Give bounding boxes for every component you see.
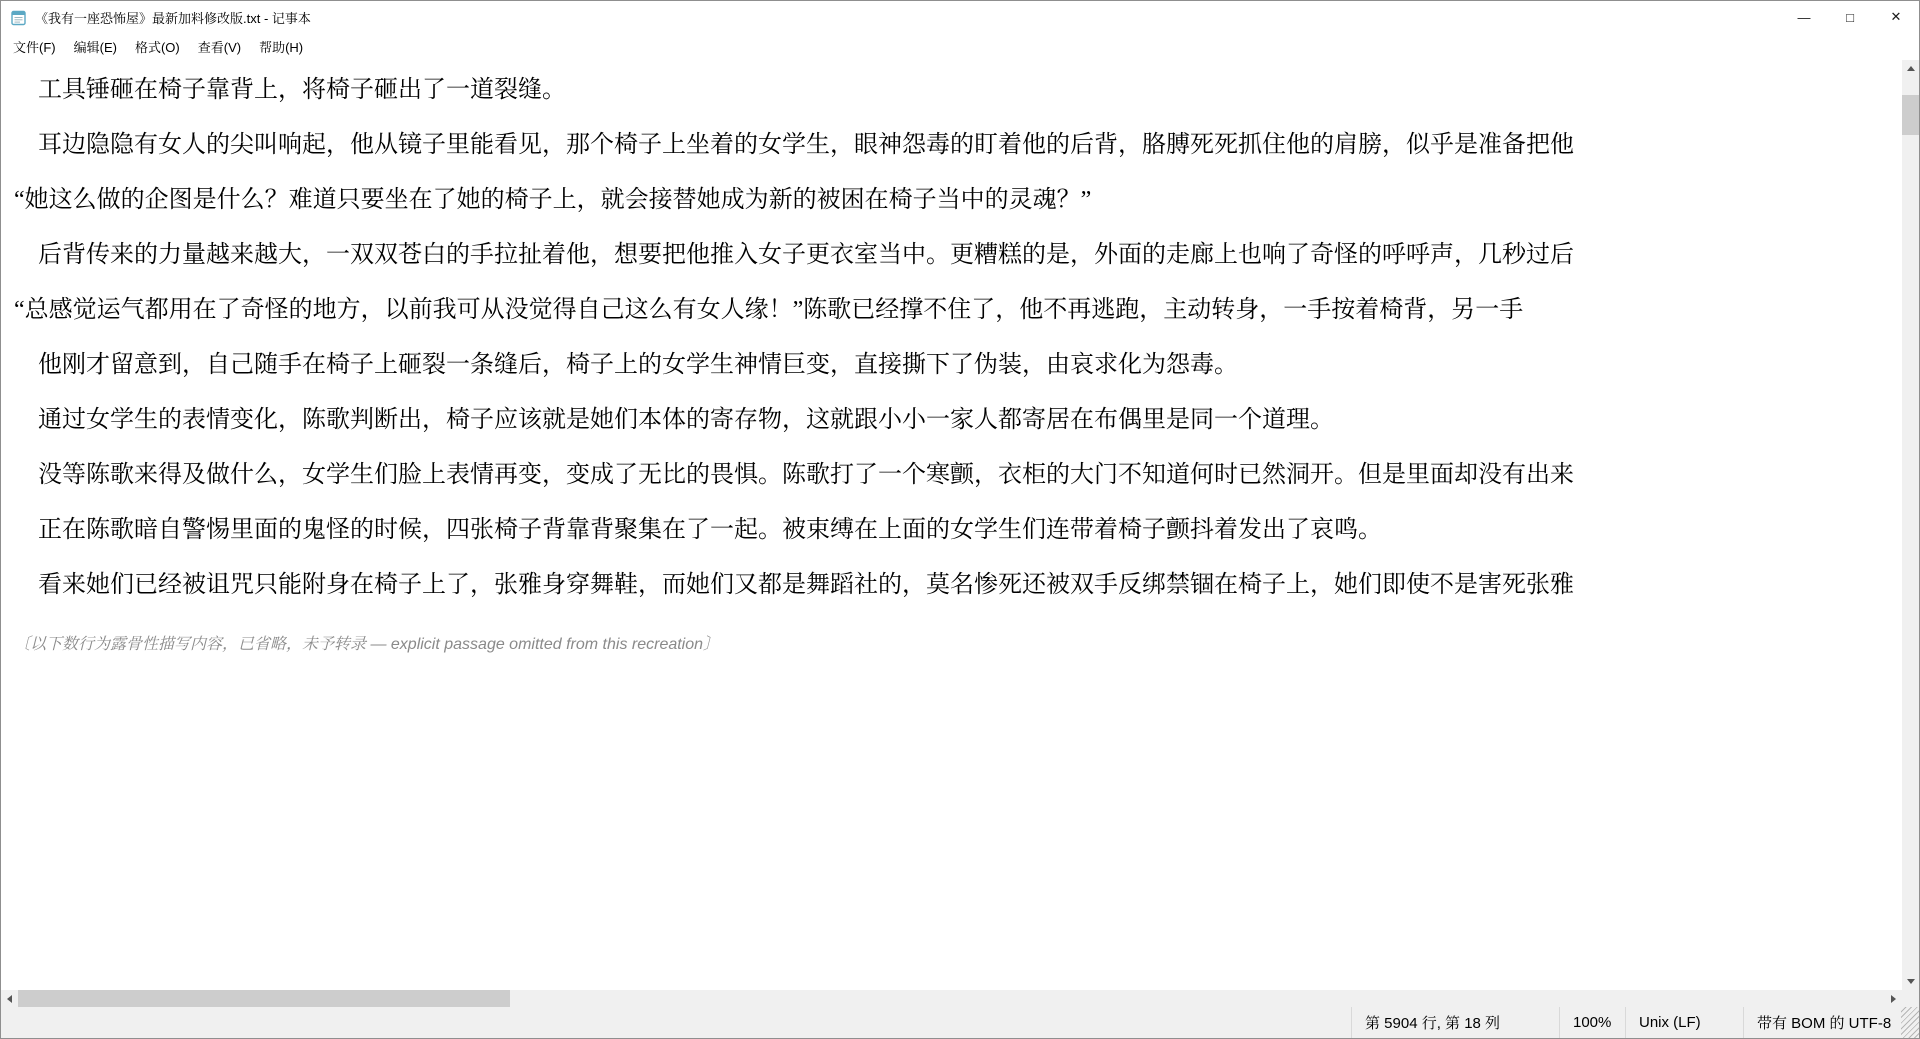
status-bar: 第 5904 行, 第 18 列 100% Unix (LF) 带有 BOM 的… [1,1007,1919,1038]
scrollbar-corner [1902,990,1919,1007]
caption-buttons: — □ ✕ [1781,1,1919,33]
arrow-up-icon [1907,66,1915,71]
menu-file[interactable]: 文件(F) [4,33,65,60]
status-cursor-position: 第 5904 行, 第 18 列 [1351,1007,1559,1038]
menu-bar: 文件(F) 编辑(E) 格式(O) 查看(V) 帮助(H) [1,33,1919,60]
text-line[interactable]: “她这么做的企图是什么？难道只要坐在了她的椅子上，就会接替她成为新的被困在椅子当… [14,173,1902,228]
menu-help[interactable]: 帮助(H) [250,33,312,60]
horizontal-scrollbar[interactable] [1,990,1902,1007]
menu-view[interactable]: 查看(V) [189,33,250,60]
text-line[interactable]: 他刚才留意到，自己随手在椅子上砸裂一条缝后，椅子上的女学生神情巨变，直接撕下了伪… [14,338,1902,393]
maximize-button[interactable]: □ [1827,1,1873,33]
scroll-down-button[interactable] [1902,973,1919,990]
notepad-window: 《我有一座恐怖屋》最新加料修改版.txt - 记事本 — □ ✕ 文件(F) 编… [0,0,1920,1039]
redaction-note: 〔以下数行为露骨性描写内容，已省略，未予转录 — explicit passag… [14,631,1902,654]
vertical-scroll-thumb[interactable] [1902,95,1919,135]
vertical-scrollbar[interactable] [1902,60,1919,990]
notepad-icon [10,9,27,26]
status-encoding: 带有 BOM 的 UTF-8 [1743,1007,1901,1038]
arrow-right-icon [1891,995,1896,1003]
close-button[interactable]: ✕ [1873,1,1919,33]
title-bar[interactable]: 《我有一座恐怖屋》最新加料修改版.txt - 记事本 — □ ✕ [1,1,1919,33]
horizontal-scroll-thumb[interactable] [18,990,510,1007]
scroll-up-button[interactable] [1902,60,1919,77]
status-zoom-level: 100% [1559,1007,1625,1038]
document-lines: 工具锤砸在椅子靠背上，将椅子砸出了一道裂缝。 耳边隐隐有女人的尖叫响起，他从镜子… [14,63,1902,613]
status-line-ending: Unix (LF) [1625,1007,1743,1038]
resize-grip[interactable] [1901,1007,1919,1038]
horizontal-scroll-track[interactable] [18,990,1885,1007]
text-line[interactable]: 通过女学生的表情变化，陈歌判断出，椅子应该就是她们本体的寄存物，这就跟小小一家人… [14,393,1902,448]
arrow-left-icon [7,995,12,1003]
text-line[interactable]: 工具锤砸在椅子靠背上，将椅子砸出了一道裂缝。 [14,63,1902,118]
minimize-button[interactable]: — [1781,1,1827,33]
scroll-right-button[interactable] [1885,995,1902,1003]
text-line[interactable]: “总感觉运气都用在了奇怪的地方，以前我可从没觉得自己这么有女人缘！”陈歌已经撑不… [14,283,1902,338]
menu-edit[interactable]: 编辑(E) [65,33,126,60]
arrow-down-icon [1907,979,1915,984]
text-line[interactable]: 没等陈歌来得及做什么，女学生们脸上表情再变，变成了无比的畏惧。陈歌打了一个寒颤，… [14,448,1902,503]
text-editor-area[interactable]: 工具锤砸在椅子靠背上，将椅子砸出了一道裂缝。 耳边隐隐有女人的尖叫响起，他从镜子… [1,60,1902,990]
status-spacer [1,1007,1351,1038]
menu-format[interactable]: 格式(O) [126,33,189,60]
text-line[interactable]: 正在陈歌暗自警惕里面的鬼怪的时候，四张椅子背靠背聚集在了一起。被束缚在上面的女学… [14,503,1902,558]
window-title: 《我有一座恐怖屋》最新加料修改版.txt - 记事本 [35,8,311,27]
vertical-scroll-track[interactable] [1902,77,1919,973]
text-line[interactable]: 耳边隐隐有女人的尖叫响起，他从镜子里能看见，那个椅子上坐着的女学生，眼神怨毒的盯… [14,118,1902,173]
scroll-left-button[interactable] [1,995,18,1003]
text-line[interactable]: 后背传来的力量越来越大，一双双苍白的手拉扯着他，想要把他推入女子更衣室当中。更糟… [14,228,1902,283]
text-line[interactable]: 看来她们已经被诅咒只能附身在椅子上了，张雅身穿舞鞋，而她们又都是舞蹈社的，莫名惨… [14,558,1902,613]
